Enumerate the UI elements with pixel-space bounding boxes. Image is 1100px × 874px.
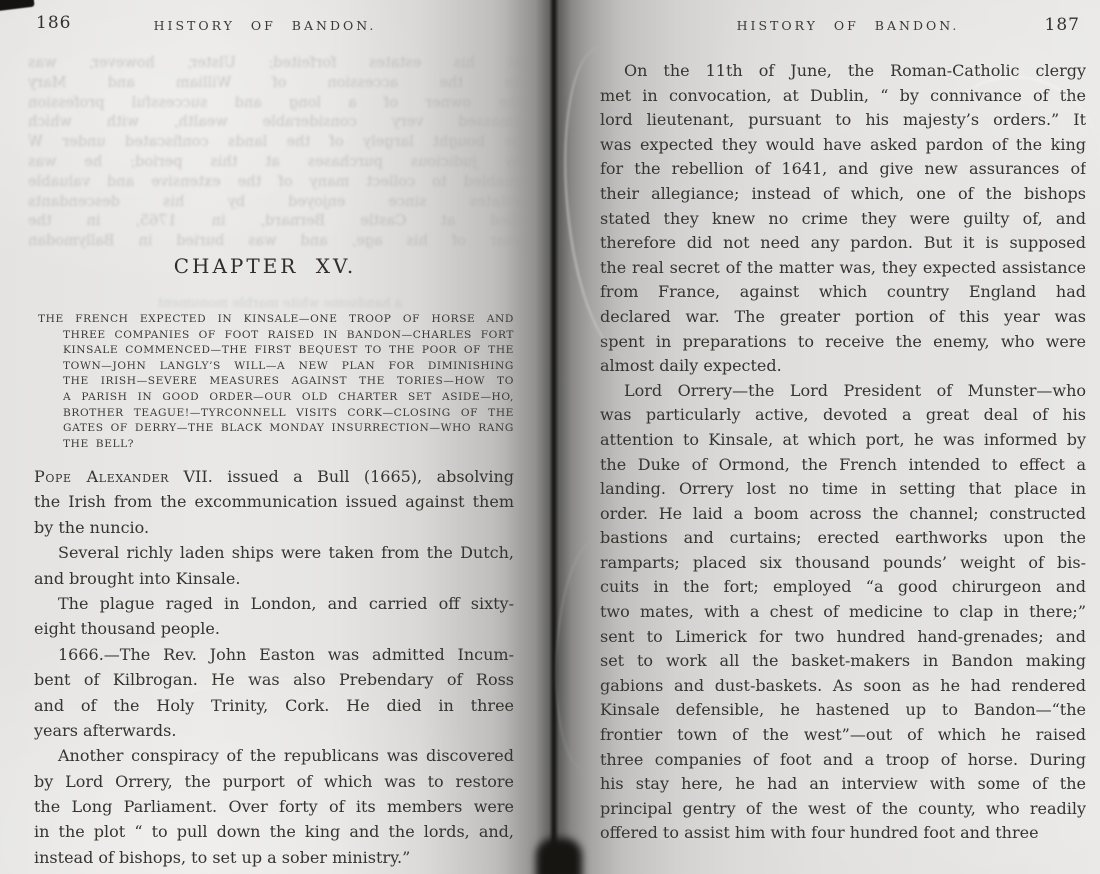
text-line: spent in preparations to receive the ene… [600, 330, 1086, 355]
text-line: stated they knew no crime they were guil… [600, 207, 1086, 232]
text-line: met in convocation, at Dublin, “ by conn… [600, 84, 1086, 109]
text-line: attention to Kinsale, at which port, he … [600, 428, 1086, 453]
text-line: Another conspiracy of the republicans wa… [34, 743, 514, 768]
text-line: for the rebellion of 1641, and give new … [600, 157, 1086, 182]
text-line: 1666.—The Rev. John Easton was admitted … [34, 642, 514, 667]
summary-line: GATES OF DERRY—THE BLACK MONDAY INSURREC… [38, 421, 514, 437]
bleedthrough-line: the owner of a long and successful profe… [28, 94, 522, 114]
smallcaps-lead: Pope Alexander [34, 467, 169, 486]
gutter-ink-blob [536, 838, 582, 874]
text-line: by Lord Orrery, the purport of which was… [34, 769, 514, 794]
summary-line: TOWN—JOHN LANGLY’S WILL—A NEW PLAN FOR D… [38, 359, 514, 375]
text-line: instead of bishops, to set up a sober mi… [34, 845, 514, 870]
text-line: his stay here, he had an interview with … [600, 772, 1086, 797]
text-line: almost daily expected. [600, 354, 1086, 379]
text-line: set to work all the basket-makers in Ban… [600, 649, 1086, 674]
text-line: was expected they would have asked pardo… [600, 133, 1086, 158]
bleedthrough-line: he bought largely of the lands confiscat… [28, 133, 522, 153]
summary-line: THE IRISH—SEVERE MEASURES AGAINST THE TO… [38, 374, 514, 390]
text-line: order. He laid a boom across the channel… [600, 502, 1086, 527]
summary-line: BROTHER TEAGUE!—TYRCONNELL VISITS CORK—C… [38, 406, 514, 422]
text-line: frontier town of the west”—out of which … [600, 723, 1086, 748]
bleedthrough-line: enabled to collect many of the extensive… [28, 173, 522, 193]
bleedthrough-text: at his estates forfeited; Ulster, howeve… [28, 54, 522, 252]
text-line: gabions and dust-baskets. As soon as he … [600, 674, 1086, 699]
text-line: On the 11th of June, the Roman-Catholic … [600, 59, 1086, 84]
summary-line: KINSALE COMMENCED—THE FIRST BEQUEST TO T… [38, 343, 514, 359]
text-line: landing. Orrery lost no time in setting … [600, 477, 1086, 502]
text-line: years afterwards. [34, 718, 514, 743]
text-line: and brought into Kinsale. [34, 566, 514, 591]
chapter-heading: CHAPTER XV. [10, 254, 520, 278]
text-line: three companies of foot and a troop of h… [600, 748, 1086, 773]
summary-line: A PARISH IN GOOD ORDER—OUR OLD CHARTER S… [38, 390, 514, 406]
text-line: their allegiance; instead of which, one … [600, 182, 1086, 207]
text-line: Several richly laden ships were taken fr… [34, 540, 514, 565]
text-line: declared war. The greater portion of thi… [600, 305, 1086, 330]
left-body: Pope Alexander VII. issued a Bull (1665)… [34, 464, 514, 870]
text-line: Kinsale defensible, he hastened up to Ba… [600, 698, 1086, 723]
chapter-summary: THE FRENCH EXPECTED IN KINSALE—ONE TROOP… [38, 312, 514, 452]
text-line: bastions and curtains; erected earthwork… [600, 526, 1086, 551]
text-line: sent to Limerick for two hundred hand-gr… [600, 625, 1086, 650]
summary-line: THE FRENCH EXPECTED IN KINSALE—ONE TROOP… [38, 312, 514, 328]
right-page-number: 187 [1045, 15, 1080, 35]
bleedthrough-line: at his estates forfeited; Ulster, howeve… [28, 54, 522, 74]
right-running-header: HISTORY OF BANDON. [608, 18, 1088, 33]
text-line: the Irish from the excommunication issue… [34, 489, 514, 514]
text-line: Pope Alexander VII. issued a Bull (1665)… [34, 464, 514, 489]
text-line: the real secret of the matter was, they … [600, 256, 1086, 281]
text-line: from France, against which country Engla… [600, 280, 1086, 305]
text-line: the Long Parliament. Over forty of its m… [34, 794, 514, 819]
text-line: the Duke of Ormond, the French intended … [600, 453, 1086, 478]
text-line: cuits in the fort; employed “a good chir… [600, 575, 1086, 600]
summary-line: THE BELL? [38, 437, 514, 453]
summary-line: THREE COMPANIES OF FOOT RAISED IN BANDON… [38, 328, 514, 344]
bleedthrough-line: estates since enjoyed by his descendants [28, 193, 522, 213]
text-line: lord lieutenant, pursuant to his majesty… [600, 108, 1086, 133]
bleedthrough-line: died at Castle Bernard, in 1765, in the [28, 212, 522, 232]
text-line: in the plot “ to pull down the king and … [34, 819, 514, 844]
bleedthrough-fragment: a handsome white marble monument [70, 296, 490, 311]
left-running-header: HISTORY OF BANDON. [10, 18, 520, 33]
text-line: The plague raged in London, and carried … [34, 591, 514, 616]
left-page: 186 HISTORY OF BANDON. at his estates fo… [0, 0, 552, 874]
right-body: On the 11th of June, the Roman-Catholic … [600, 59, 1086, 846]
text-line: ramparts; placed six thousand pounds’ we… [600, 551, 1086, 576]
bleedthrough-line: year of his age, and was buried in Bally… [28, 232, 522, 252]
text-line: offered to assist him with four hundred … [600, 821, 1086, 846]
text-line: principal gentry of the west of the coun… [600, 797, 1086, 822]
bleedthrough-line: amassed very considerable wealth, with w… [28, 113, 522, 133]
text-line: by the nuncio. [34, 515, 514, 540]
bleedthrough-line: on the accession of William and Mary [28, 74, 522, 94]
text-line: eight thousand people. [34, 616, 514, 641]
text-line: bent of Kilbrogan. He was also Prebendar… [34, 667, 514, 692]
text-line: and of the Holy Trinity, Cork. He died i… [34, 693, 514, 718]
text-line: therefore did not need any pardon. But i… [600, 231, 1086, 256]
right-page: HISTORY OF BANDON. 187 On the 11th of Ju… [552, 0, 1100, 874]
text-line: was particularly active, devoted a great… [600, 403, 1086, 428]
bleedthrough-line: by judicious purchases at this period; h… [28, 153, 522, 173]
text-line: Lord Orrery—the Lord President of Munste… [600, 379, 1086, 404]
book-scan: 186 HISTORY OF BANDON. at his estates fo… [0, 0, 1100, 874]
text-line: two mates, with a chest of medicine to c… [600, 600, 1086, 625]
